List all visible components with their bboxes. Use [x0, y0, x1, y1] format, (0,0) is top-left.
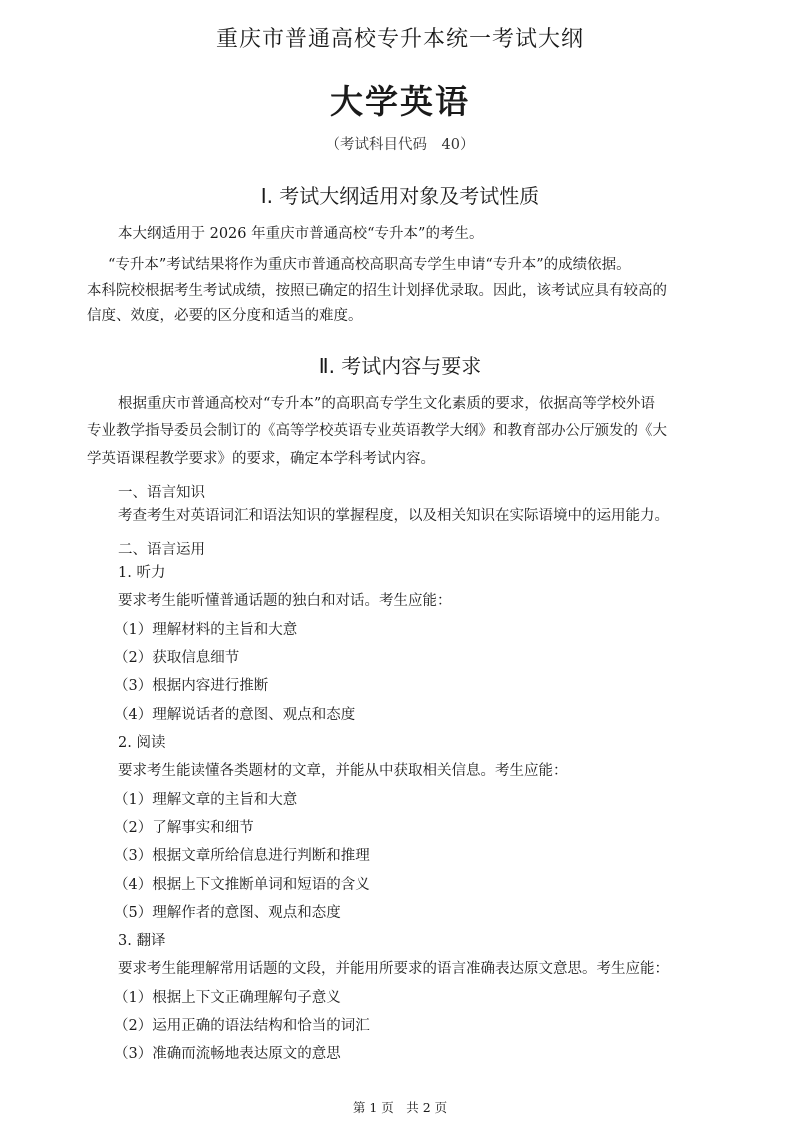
section-1-paragraph-2-line-2: 本科院校根据考生考试成绩，按照已确定的招生计划择优录取。因此，该考试应具有较高的 [87, 284, 667, 299]
part-1-text: 考查考生对英语词汇和语法知识的掌握程度，以及相关知识在实际语境中的运用能力。 [118, 509, 669, 524]
listening-item-1: （1）理解材料的主旨和大意 [114, 623, 297, 638]
subject-code: （考试科目代码 40） [0, 133, 800, 154]
section-1-paragraph-1: 本大纲适用于 2026 年重庆市普通高校“专升本”的考生。 [118, 227, 483, 242]
reading-heading: 2. 阅读 [118, 736, 165, 751]
reading-item-1: （1）理解文章的主旨和大意 [114, 793, 297, 808]
document-title: 重庆市普通高校专升本统一考试大纲 [0, 22, 800, 53]
reading-item-3: （3）根据文章所给信息进行判断和推理 [114, 849, 370, 864]
listening-heading: 1. 听力 [118, 566, 165, 581]
listening-item-3: （3）根据内容进行推断 [114, 679, 268, 694]
section-1-heading: Ⅰ. 考试大纲适用对象及考试性质 [0, 180, 800, 209]
reading-text: 要求考生能读懂各类题材的文章，并能从中获取相关信息。考生应能： [118, 764, 568, 779]
listening-item-4: （4）理解说话者的意图、观点和态度 [114, 708, 355, 723]
translation-item-2: （2）运用正确的语法结构和恰当的词汇 [114, 1019, 370, 1034]
reading-item-4: （4）根据上下文推断单词和短语的含义 [114, 878, 370, 893]
page-number-footer: 第 1 页 共 2 页 [0, 1098, 800, 1116]
translation-item-1: （1）根据上下文正确理解句子意义 [114, 991, 341, 1006]
translation-text: 要求考生能理解常用话题的文段，并能用所要求的语言准确表达原文意思。考生应能： [118, 962, 669, 977]
reading-item-5: （5）理解作者的意图、观点和态度 [114, 906, 341, 921]
section-2-intro-line-3: 学英语课程教学要求》的要求，确定本学科考试内容。 [87, 452, 435, 467]
listening-item-2: （2）获取信息细节 [114, 651, 239, 666]
section-2-intro-line-1: 根据重庆市普通高校对“专升本”的高职高专学生文化素质的要求，依据高等学校外语 [118, 397, 655, 412]
section-1-paragraph-2-line-1: “专升本”考试结果将作为重庆市普通高校高职高专学生申请“专升本”的成绩依据。 [108, 258, 631, 273]
translation-heading: 3. 翻译 [118, 934, 165, 949]
part-2-heading: 二、语言运用 [118, 538, 205, 559]
section-2-heading: Ⅱ. 考试内容与要求 [0, 350, 800, 379]
listening-text: 要求考生能听懂普通话题的独白和对话。考生应能： [118, 594, 452, 609]
section-1-paragraph-2-line-3: 信度、效度，必要的区分度和适当的难度。 [87, 309, 363, 324]
part-1-heading: 一、语言知识 [118, 481, 205, 502]
section-2-intro-line-2: 专业教学指导委员会制订的《高等学校英语专业英语教学大纲》和教育部办公厅颁发的《大 [87, 424, 667, 439]
subject-title: 大学英语 [0, 76, 800, 123]
document-page: 重庆市普通高校专升本统一考试大纲 大学英语 （考试科目代码 40） Ⅰ. 考试大… [0, 0, 800, 1122]
reading-item-2: （2）了解事实和细节 [114, 821, 254, 836]
translation-item-3: （3）准确而流畅地表达原文的意思 [114, 1047, 341, 1062]
